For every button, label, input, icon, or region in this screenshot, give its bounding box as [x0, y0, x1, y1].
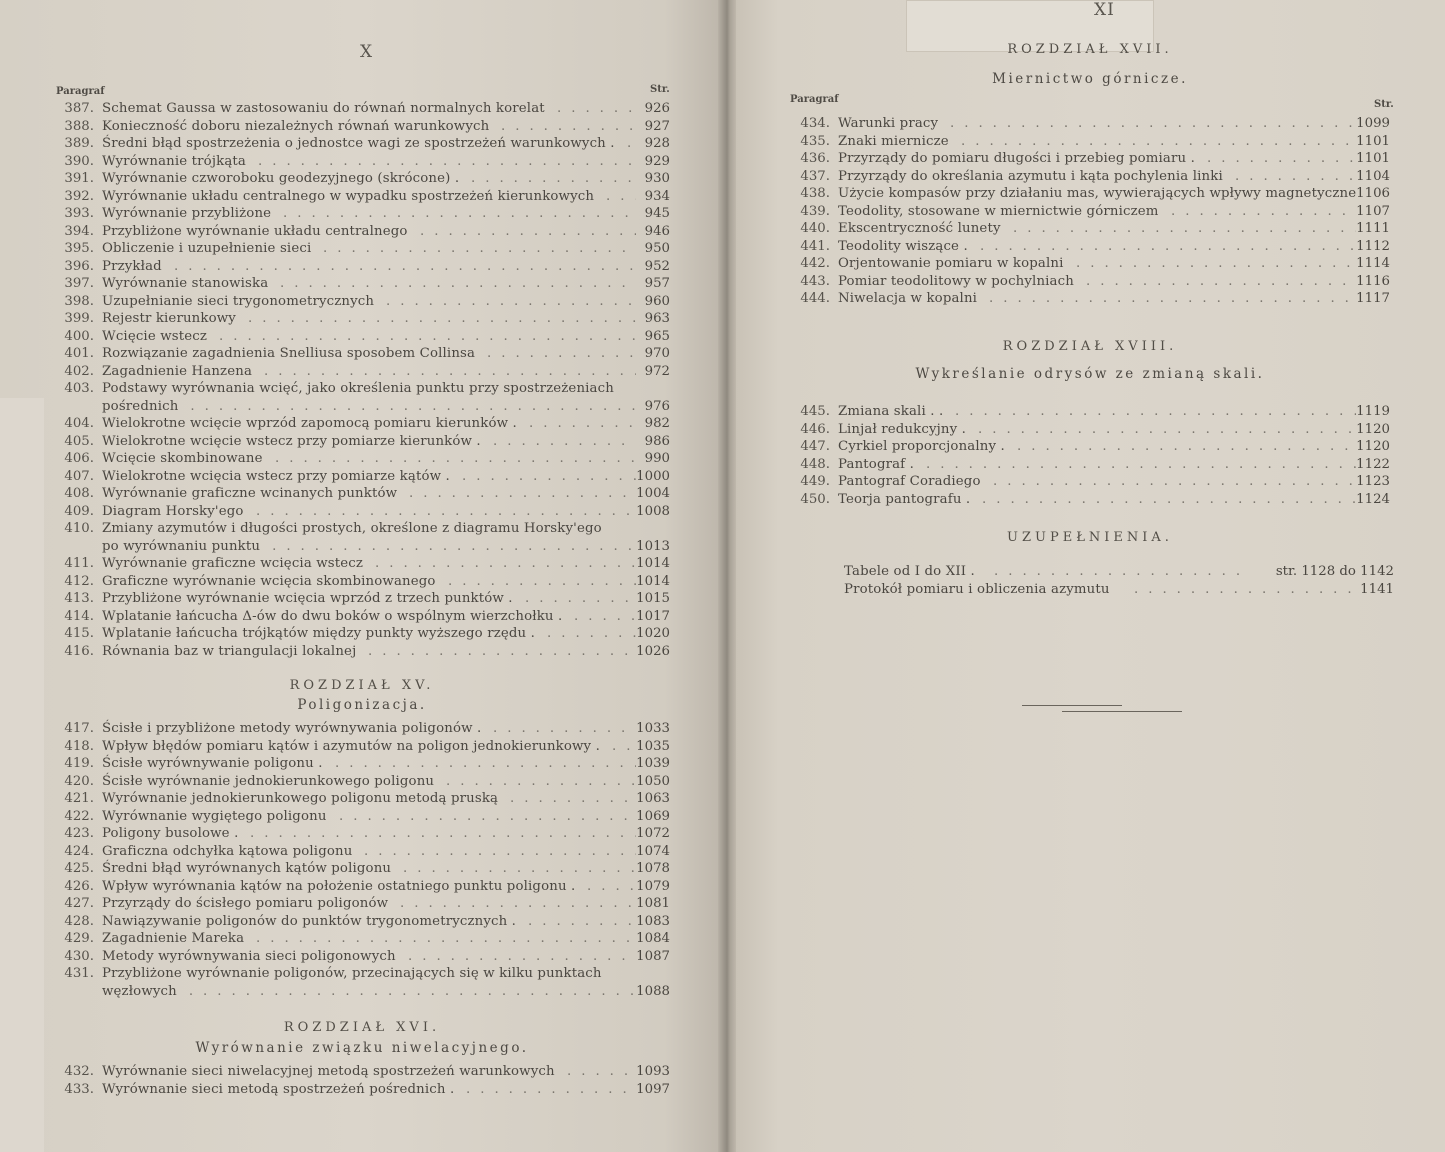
paragraph-number: 424. [54, 843, 94, 861]
entry-page: 1039 [636, 755, 670, 773]
leader-dots: ........................................… [280, 275, 636, 293]
entry-title: Pantograf . [838, 456, 914, 474]
leader-dots: ........................................… [525, 590, 636, 608]
paragraph-number: 405. [54, 433, 94, 451]
entry-title: Diagram Horsky'ego [102, 503, 244, 521]
supplement-item: Protokół pomiaru i obliczenia azymutu ..… [844, 581, 1394, 599]
toc-entry: 406.Wcięcie skombinowane................… [54, 450, 670, 468]
toc-entry: 423.Poligony busolowe ..................… [54, 825, 670, 843]
leader-dots: ........................................… [219, 328, 636, 346]
leader-dots: ........................................… [466, 1081, 636, 1099]
toc-entry: 443.Pomiar teodolitowy w pochylniach....… [790, 273, 1390, 291]
paragraph-number: 406. [54, 450, 94, 468]
paragraph-number: 390. [54, 153, 94, 171]
entry-page: 1101 [1356, 133, 1390, 151]
paragraph-number: 441. [790, 238, 830, 256]
entry-title: Ekscentryczność lunety [838, 220, 1001, 238]
entry-title: Teodolity, stosowane w miernictwie górni… [838, 203, 1159, 221]
paragraph-number: 409. [54, 503, 94, 521]
paragraph-number: 449. [790, 473, 830, 491]
toc-entry: 450.Teorja pantografu ..................… [790, 491, 1390, 509]
entry-page: 952 [645, 258, 670, 276]
entry-page: 1112 [1356, 238, 1390, 256]
page-folio-left: X [360, 42, 373, 62]
toc-entry: 426.Wpływ wyrównania kątów na położenie … [54, 878, 670, 896]
entry-page: 1013 [636, 538, 670, 556]
entry-title: Wielokrotne wcięcia wstecz przy pomiarze… [102, 468, 450, 486]
toc-entry: 435.Znaki miernicze.....................… [790, 133, 1390, 151]
toc-entry: 414.Wplatanie łańcucha Δ-ów do dwu boków… [54, 608, 670, 626]
toc-entry: 389.Średni błąd spostrzeżenia o jednostc… [54, 135, 670, 153]
page-column-label: Str. [650, 84, 670, 95]
toc-entry: 424.Graficzna odchyłka kątowa poligonu..… [54, 843, 670, 861]
paragraph-number: 440. [790, 220, 830, 238]
entry-title: Teorja pantografu . [838, 491, 970, 509]
chapter-title: Miernictwo górnicze. [790, 71, 1390, 87]
page-column-label: Str. [1374, 99, 1394, 110]
entry-title: Średni błąd spostrzeżenia o jednostce wa… [102, 135, 615, 153]
entry-page: 1078 [636, 860, 670, 878]
toc-entry: 407.Wielokrotne wcięcia wstecz przy pomi… [54, 468, 670, 486]
entry-title: Wpływ wyrównania kątów na położenie osta… [102, 878, 575, 896]
toc-entry: 425.Średni błąd wyrównanych kątów poligo… [54, 860, 670, 878]
leader-dots: ........................................… [982, 491, 1356, 509]
entry-title: Wyrównanie przybliżone [102, 205, 271, 223]
entry-title: Konieczność doboru niezależnych równań w… [102, 118, 489, 136]
leader-dots: ........................................… [961, 133, 1356, 151]
supplement-item: Tabele od I do XII . ...................… [844, 563, 1394, 581]
entry-page: 1117 [1356, 290, 1390, 308]
leader-dots: ........................................… [587, 878, 636, 896]
paragraph-number: 444. [790, 290, 830, 308]
paragraph-number: 387. [54, 100, 94, 118]
leader-dots: ........................................… [250, 825, 636, 843]
toc-entry: 419.Ścisłe wyrównywanie poligonu .......… [54, 755, 670, 773]
entry-title: Graficzne wyrównanie wcięcia skombinowan… [102, 573, 436, 591]
entry-title: Tabele od I do XII . [844, 563, 975, 581]
leader-dots: ........................................… [487, 345, 636, 363]
toc-entry: 413.Przybliżone wyrównanie wcięcia wprzó… [54, 590, 670, 608]
leader-dots: ........................................… [1171, 203, 1356, 221]
leader-dots: ........................................… [1013, 220, 1356, 238]
paragraph-number: 415. [54, 625, 94, 643]
paragraph-number: 438. [790, 185, 830, 203]
entry-page: 1000 [636, 468, 670, 486]
leader-dots: ........................................… [955, 403, 1356, 421]
entry-title: Wcięcie skombinowane [102, 450, 263, 468]
ornament-rule [1062, 711, 1182, 712]
paragraph-number: 391. [54, 170, 94, 188]
leader-dots: ........................................… [471, 170, 636, 188]
chapter-title: Poligonizacja. [54, 697, 670, 713]
leader-dots: ........................................… [612, 738, 636, 756]
toc-entry: 397.Wyrównanie stanowiska...............… [54, 275, 670, 293]
paragraph-number: 450. [790, 491, 830, 509]
leader-dots: ........................................… [1086, 273, 1356, 291]
entry-page: 1072 [636, 825, 670, 843]
entry-page: 976 [645, 398, 670, 416]
entry-title: Wyrównanie sieci niwelacyjnej metodą spo… [102, 1063, 555, 1081]
leader-dots: ........................................ [994, 563, 1244, 581]
entry-page: 1104 [1356, 168, 1390, 186]
toc-entry: 404.Wielokrotne wcięcie wprzód zapomocą … [54, 415, 670, 433]
toc-list-right-a: 434.Warunki pracy.......................… [790, 115, 1390, 308]
entry-page: 934 [645, 188, 670, 206]
toc-entry: 403.Podstawy wyrównania wcięć, jako okre… [54, 380, 670, 415]
entry-page: 1099 [1356, 115, 1390, 133]
leader-dots: ........................................… [264, 363, 636, 381]
leader-dots: ........................................… [567, 1063, 636, 1081]
paragraph-number: 431. [54, 965, 94, 983]
leader-dots: ........................................… [190, 398, 636, 416]
entry-page: 1101 [1356, 150, 1390, 168]
entry-title: Pantograf Coradiego [838, 473, 981, 491]
paragraph-number: 399. [54, 310, 94, 328]
paragraph-number: 408. [54, 485, 94, 503]
entry-title: Wyrównanie układu centralnego w wypadku … [102, 188, 594, 206]
entry-title: Poligony busolowe . [102, 825, 238, 843]
entry-title: Pomiar teodolitowy w pochylniach [838, 273, 1074, 291]
entry-page: 1120 [1356, 438, 1390, 456]
entry-page: 1033 [636, 720, 670, 738]
entry-title: Rozwiązanie zagadnienia Snelliusa sposob… [102, 345, 475, 363]
paragraph-number: 397. [54, 275, 94, 293]
paragraph-number: 403. [54, 380, 94, 398]
paragraph-number: 393. [54, 205, 94, 223]
toc-entry: 410.Zmiany azymutów i długości prostych,… [54, 520, 670, 555]
leader-dots: ........................................… [174, 258, 636, 276]
leader-dots: ........................................… [189, 983, 636, 1001]
toc-entry: 418.Wpływ błędów pomiaru kątów i azymutó… [54, 738, 670, 756]
entry-page: 972 [645, 363, 670, 381]
toc-entry: 387.Schemat Gaussa w zastosowaniu do rów… [54, 100, 670, 118]
paragraph-number: 394. [54, 223, 94, 241]
entry-title: Przyrządy do pomiaru długości i przebieg… [838, 150, 1195, 168]
entry-page: 1035 [636, 738, 670, 756]
leader-dots: ........................................… [409, 485, 636, 503]
toc-entry: 444.Niwelacja w kopalni.................… [790, 290, 1390, 308]
paragraph-number: 439. [790, 203, 830, 221]
entry-page: 1083 [636, 913, 670, 931]
paragraph-column-label: Paragraf [790, 94, 839, 105]
chapter-title: Wykreślanie odrysów ze zmianą skali. [790, 366, 1390, 382]
toc-entry: 438.Użycie kompasów przy działaniu mas, … [790, 185, 1390, 203]
entry-title: Przykład [102, 258, 162, 276]
entry-title: Przyrządy do ścisłego pomiaru poligonów [102, 895, 388, 913]
chapter-heading: ROZDZIAŁ XV. [54, 678, 670, 693]
leader-dots: ........................................… [989, 290, 1356, 308]
entry-page: 1014 [636, 573, 670, 591]
paragraph-number: 434. [790, 115, 830, 133]
entry-title: Ścisłe wyrównywanie poligonu . [102, 755, 323, 773]
entry-page: 1119 [1356, 403, 1390, 421]
leader-dots: ........................................… [950, 115, 1356, 133]
leader-dots: ........................................… [993, 473, 1356, 491]
toc-entry: 395.Obliczenie i uzupełnienie sieci.....… [54, 240, 670, 258]
entry-title: Średni błąd wyrównanych kątów poligonu [102, 860, 391, 878]
leader-dots: ........................................… [557, 100, 636, 118]
paragraph-number: 436. [790, 150, 830, 168]
entry-page: 950 [645, 240, 670, 258]
toc-list-left-c: 432.Wyrównanie sieci niwelacyjnej metodą… [54, 1063, 670, 1098]
entry-title: Wyrównanie graficzne wcięcia wstecz [102, 555, 363, 573]
leader-dots: ........................................… [256, 930, 636, 948]
toc-entry: 401.Rozwiązanie zagadnienia Snelliusa sp… [54, 345, 670, 363]
toc-entry: 446.Linjał redukcyjny ..................… [790, 421, 1390, 439]
paragraph-number: 401. [54, 345, 94, 363]
paragraph-number: 419. [54, 755, 94, 773]
paragraph-number: 442. [790, 255, 830, 273]
leader-dots: ........................................… [364, 843, 636, 861]
leader-dots: ........................................… [510, 790, 636, 808]
chapter-heading: ROZDZIAŁ XVIII. [790, 339, 1390, 354]
toc-entry: 393.Wyrównanie przybliżone..............… [54, 205, 670, 223]
entry-title: Wyrównanie trójkąta [102, 153, 246, 171]
entry-page: 986 [645, 433, 670, 451]
entry-page: 946 [645, 223, 670, 241]
entry-page: 1122 [1356, 456, 1390, 474]
toc-entry: 398.Uzupełnianie sieci trygonometrycznyc… [54, 293, 670, 311]
paragraph-number: 413. [54, 590, 94, 608]
entry-title: Cyrkiel proporcjonalny . [838, 438, 1005, 456]
paragraph-number: 402. [54, 363, 94, 381]
entry-page: 1120 [1356, 421, 1390, 439]
paragraph-number: 411. [54, 555, 94, 573]
paragraph-number: 429. [54, 930, 94, 948]
toc-entry: 405.Wielokrotne wcięcie wstecz przy pomi… [54, 433, 670, 451]
entry-title: Warunki pracy [838, 115, 938, 133]
chapter-title: Wyrównanie związku niwelacyjnego. [54, 1040, 670, 1056]
entry-page: 1050 [636, 773, 670, 791]
entry-page: 1111 [1356, 220, 1390, 238]
leader-dots: ........................................… [339, 808, 636, 826]
entry-page: 957 [645, 275, 670, 293]
leader-dots: ........................................… [335, 755, 636, 773]
paragraph-number: 448. [790, 456, 830, 474]
paragraph-number: 410. [54, 520, 94, 538]
entry-title: Wielokrotne wcięcie wstecz przy pomiarze… [102, 433, 481, 451]
leader-dots: ........................................… [574, 608, 636, 626]
entry-title: Protokół pomiaru i obliczenia azymutu [844, 581, 1110, 599]
entry-page: 1141 [1360, 581, 1394, 599]
toc-entry: 388.Konieczność doboru niezależnych równ… [54, 118, 670, 136]
entry-page: 1026 [636, 643, 670, 661]
toc-entry: 408.Wyrównanie graficzne wcinanych punkt… [54, 485, 670, 503]
entry-page: 1081 [636, 895, 670, 913]
leader-dots: ........................................… [1235, 168, 1356, 186]
toc-entry: 447.Cyrkiel proporcjonalny .............… [790, 438, 1390, 456]
leader-dots: ........................................… [446, 773, 636, 791]
leader-dots: ........................................… [375, 555, 636, 573]
leader-dots: ........................................… [256, 503, 636, 521]
leader-dots: ........................................… [323, 240, 636, 258]
leader-dots: ........................................… [386, 293, 636, 311]
paragraph-number: 420. [54, 773, 94, 791]
leader-dots: ........................................… [368, 643, 636, 661]
paragraph-number: 445. [790, 403, 830, 421]
entry-title: Ścisłe i przybliżone metody wyrównywania… [102, 720, 481, 738]
entry-title: Zagadnienie Mareka [102, 930, 244, 948]
toc-entry: 434.Warunki pracy.......................… [790, 115, 1390, 133]
paragraph-number: 395. [54, 240, 94, 258]
paragraph-number: 421. [54, 790, 94, 808]
paragraph-number: 404. [54, 415, 94, 433]
paragraph-number: 400. [54, 328, 94, 346]
leader-dots: ........................................… [493, 433, 636, 451]
paragraph-number: 417. [54, 720, 94, 738]
entry-title: Użycie kompasów przy działaniu mas, wywi… [838, 185, 1356, 203]
entry-title: Orjentowanie pomiaru w kopalni [838, 255, 1064, 273]
toc-entry: 392.Wyrównanie układu centralnego w wypa… [54, 188, 670, 206]
entry-title: Wcięcie wstecz [102, 328, 207, 346]
toc-entry: 400.Wcięcie wstecz......................… [54, 328, 670, 346]
paper-stain [0, 398, 44, 1152]
entry-page: 1093 [636, 1063, 670, 1081]
toc-entry: 431.Przybliżone wyrównanie poligonów, pr… [54, 965, 670, 1000]
toc-entry: 390.Wyrównanie trójkąta.................… [54, 153, 670, 171]
entry-title: Graficzna odchyłka kątowa poligonu [102, 843, 352, 861]
paragraph-number: 427. [54, 895, 94, 913]
chapter-heading: ROZDZIAŁ XVI. [54, 1020, 670, 1035]
toc-entry: 396.Przykład............................… [54, 258, 670, 276]
entry-page: 928 [645, 135, 670, 153]
toc-list-right-b: 445.Zmiana skali . .....................… [790, 403, 1390, 508]
entry-title: Uzupełnianie sieci trygonometrycznych [102, 293, 374, 311]
entry-title: Przyrządy do określania azymutu i kąta p… [838, 168, 1223, 186]
entry-page: 930 [645, 170, 670, 188]
entry-title: Znaki miernicze [838, 133, 949, 151]
toc-entry: 427.Przyrządy do ścisłego pomiaru poligo… [54, 895, 670, 913]
leader-dots: ........................................… [978, 421, 1356, 439]
leader-dots: ........................................… [493, 720, 636, 738]
entry-title: Obliczenie i uzupełnienie sieci [102, 240, 311, 258]
leader-dots: ........................................… [501, 118, 636, 136]
entry-page: 1069 [636, 808, 670, 826]
entry-page: 1074 [636, 843, 670, 861]
toc-entry: 420.Ścisłe wyrównanie jednokierunkowego … [54, 773, 670, 791]
paragraph-number: 407. [54, 468, 94, 486]
toc-entry: 417.Ścisłe i przybliżone metody wyrównyw… [54, 720, 670, 738]
paragraph-number: 392. [54, 188, 94, 206]
entry-page: 1063 [636, 790, 670, 808]
entry-page: 963 [645, 310, 670, 328]
entry-page: 960 [645, 293, 670, 311]
entry-title: Wpływ błędów pomiaru kątów i azymutów na… [102, 738, 600, 756]
toc-entry: 433.Wyrównanie sieci metodą spostrzeżeń … [54, 1081, 670, 1099]
entry-title: Wyrównanie graficzne wcinanych punktów [102, 485, 397, 503]
leader-dots: ........................................… [283, 205, 636, 223]
entry-page: 1106 [1356, 185, 1390, 203]
ornament-rule [1022, 705, 1122, 706]
entry-title: Nawiązywanie poligonów do punktów trygon… [102, 913, 516, 931]
paragraph-number: 435. [790, 133, 830, 151]
entry-title: Zagadnienie Hanzena [102, 363, 252, 381]
toc-entry: 445.Zmiana skali . .....................… [790, 403, 1390, 421]
toc-entry: 429.Zagadnienie Mareka..................… [54, 930, 670, 948]
leader-dots: ........................................… [272, 538, 636, 556]
entry-title: Wyrównanie wygiętego poligonu [102, 808, 327, 826]
toc-entry: 394.Przybliżone wyrównanie układu centra… [54, 223, 670, 241]
entry-title: Zmiana skali . . [838, 403, 943, 421]
paragraph-number: 396. [54, 258, 94, 276]
toc-entry: 440.Ekscentryczność lunety..............… [790, 220, 1390, 238]
entry-title: Metody wyrównywania sieci poligonowych [102, 948, 396, 966]
leader-dots: ........................................… [400, 895, 636, 913]
entry-title: Wyrównanie stanowiska [102, 275, 268, 293]
paragraph-number: 412. [54, 573, 94, 591]
entry-page: 929 [645, 153, 670, 171]
paragraph-number: 389. [54, 135, 94, 153]
entry-title: Ścisłe wyrównanie jednokierunkowego poli… [102, 773, 434, 791]
toc-list-left-a: 387.Schemat Gaussa w zastosowaniu do rów… [54, 100, 670, 660]
chapter-heading: ROZDZIAŁ XVII. [790, 42, 1390, 57]
paragraph-number: 425. [54, 860, 94, 878]
entry-page: 1008 [636, 503, 670, 521]
toc-entry: 448.Pantograf ..........................… [790, 456, 1390, 474]
paragraph-column-label: Paragraf [56, 86, 105, 97]
page-folio-right: XI [1094, 0, 1115, 20]
entry-page: 1004 [636, 485, 670, 503]
paragraph-number: 443. [790, 273, 830, 291]
toc-entry: 439.Teodolity, stosowane w miernictwie g… [790, 203, 1390, 221]
toc-entry: 430.Metody wyrównywania sieci poligonowy… [54, 948, 670, 966]
toc-entry: 422.Wyrównanie wygiętego poligonu.......… [54, 808, 670, 826]
paragraph-number: 418. [54, 738, 94, 756]
leader-dots: ........................................… [248, 310, 636, 328]
toc-entry: 391.Wyrównanie czworoboku geodezyjnego (… [54, 170, 670, 188]
leader-dots: ........................................… [258, 153, 636, 171]
entry-title: Linjał redukcyjny . [838, 421, 966, 439]
entry-page: str. 1128 do 1142 [1276, 563, 1394, 581]
paragraph-number: 388. [54, 118, 94, 136]
entry-title: Wyrównanie sieci metodą spostrzeżeń pośr… [102, 1081, 454, 1099]
paragraph-number: 426. [54, 878, 94, 896]
entry-page: 965 [645, 328, 670, 346]
entry-page: 1088 [636, 983, 670, 1001]
leader-dots: ........................................… [528, 913, 636, 931]
entry-page: 945 [645, 205, 670, 223]
leader-dots: ........................................… [462, 468, 636, 486]
paragraph-number: 430. [54, 948, 94, 966]
entry-page: 1084 [636, 930, 670, 948]
entry-title: Schemat Gaussa w zastosowaniu do równań … [102, 100, 545, 118]
entry-title: Wplatanie łańcucha Δ-ów do dwu boków o w… [102, 608, 562, 626]
entry-title: Wielokrotne wcięcie wprzód zapomocą pomi… [102, 415, 517, 433]
entry-page: 1123 [1356, 473, 1390, 491]
leader-dots: ........................................… [980, 238, 1356, 256]
toc-entry: 421.Wyrównanie jednokierunkowego poligon… [54, 790, 670, 808]
toc-entry: 436.Przyrządy do pomiaru długości i prze… [790, 150, 1390, 168]
paragraph-number: 433. [54, 1081, 94, 1099]
entry-page: 982 [645, 415, 670, 433]
toc-entry: 415.Wplatanie łańcucha trójkątów między … [54, 625, 670, 643]
entry-page: 1079 [636, 878, 670, 896]
leader-dots: ........................................… [420, 223, 636, 241]
toc-entry: 399.Rejestr kierunkowy..................… [54, 310, 670, 328]
entry-title: Rejestr kierunkowy [102, 310, 236, 328]
paragraph-number: 398. [54, 293, 94, 311]
entry-title: Wplatanie łańcucha trójkątów między punk… [102, 625, 535, 643]
paragraph-number: 447. [790, 438, 830, 456]
leader-dots: ........................................… [627, 135, 636, 153]
leader-dots: ........................................… [606, 188, 636, 206]
toc-entry: 442.Orjentowanie pomiaru w kopalni......… [790, 255, 1390, 273]
supplements-list: Tabele od I do XII . ...................… [844, 563, 1394, 598]
toc-entry: 409.Diagram Horsky'ego..................… [54, 503, 670, 521]
entry-title: Przybliżone wyrównanie wcięcia wprzód z … [102, 590, 513, 608]
toc-list-left-b: 417.Ścisłe i przybliżone metody wyrównyw… [54, 720, 670, 1000]
entry-page: 1107 [1356, 203, 1390, 221]
